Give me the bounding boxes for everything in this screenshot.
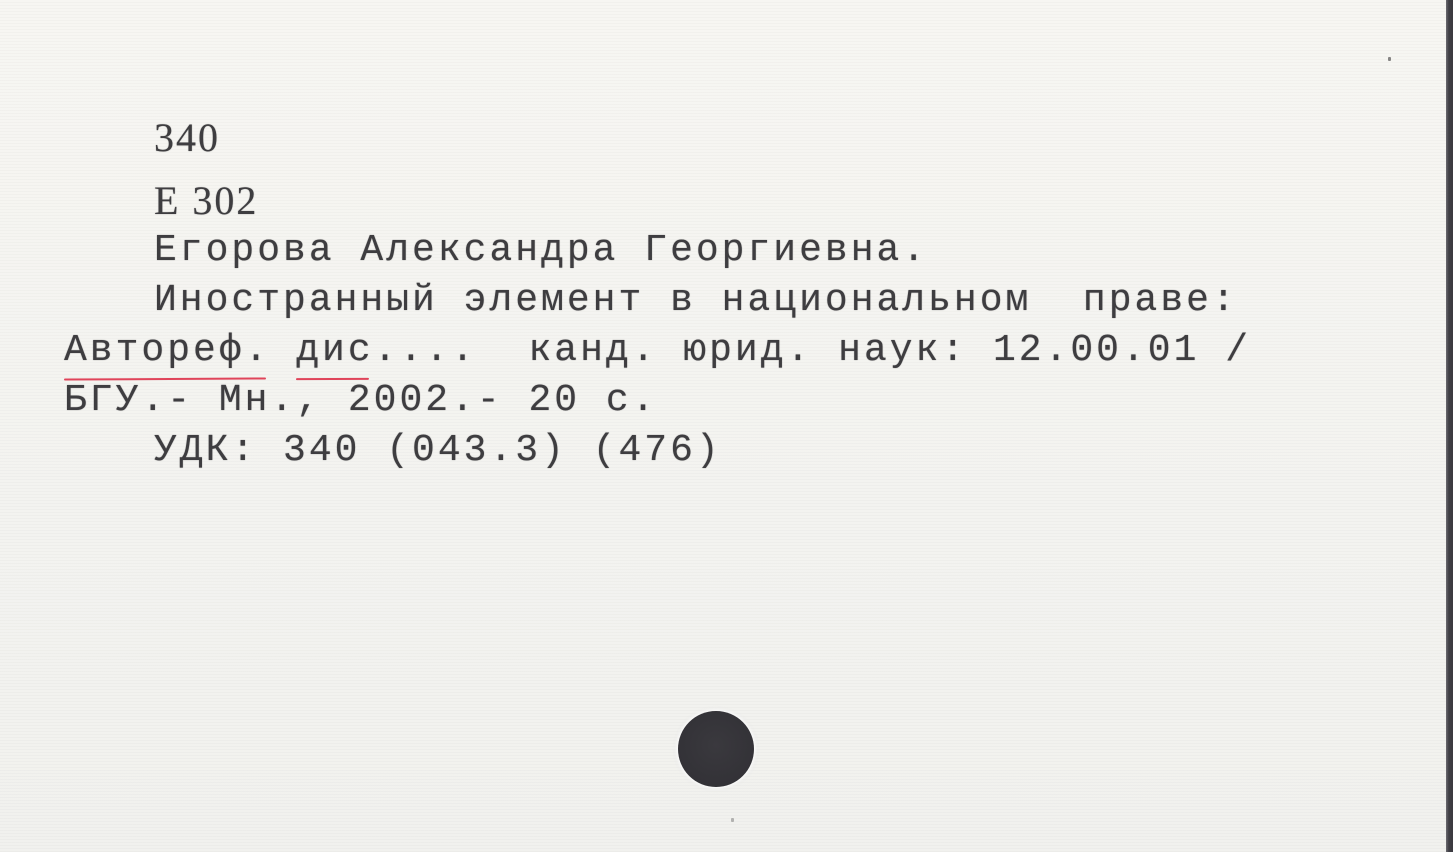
udc-line: УДК: 340 (043.3) (476): [154, 432, 722, 470]
dust-speck: [731, 818, 734, 822]
author-mark: Е 302: [154, 181, 258, 221]
library-catalog-card: 340 Е 302 Егорова Александра Георгиевна.…: [0, 0, 1446, 852]
classification-number: 340: [154, 118, 220, 158]
underlined-dissertation-abbrev: дис: [296, 329, 373, 372]
dust-speck: [1388, 57, 1391, 61]
publication-line: БГУ.- Мн., 2002.- 20 с.: [64, 382, 658, 420]
author-name: Егорова Александра Георгиевна.: [154, 232, 928, 270]
description-rest: .... канд. юрид. наук: 12.00.01 /: [374, 329, 1251, 372]
card-edge-shadow: [1446, 0, 1453, 852]
punch-hole: [678, 711, 754, 787]
description-line: Автореф. дис.... канд. юрид. наук: 12.00…: [64, 332, 1251, 370]
title-line: Иностранный элемент в национальном праве…: [154, 282, 1238, 320]
underlined-abstract-abbrev: Автореф.: [64, 329, 270, 372]
